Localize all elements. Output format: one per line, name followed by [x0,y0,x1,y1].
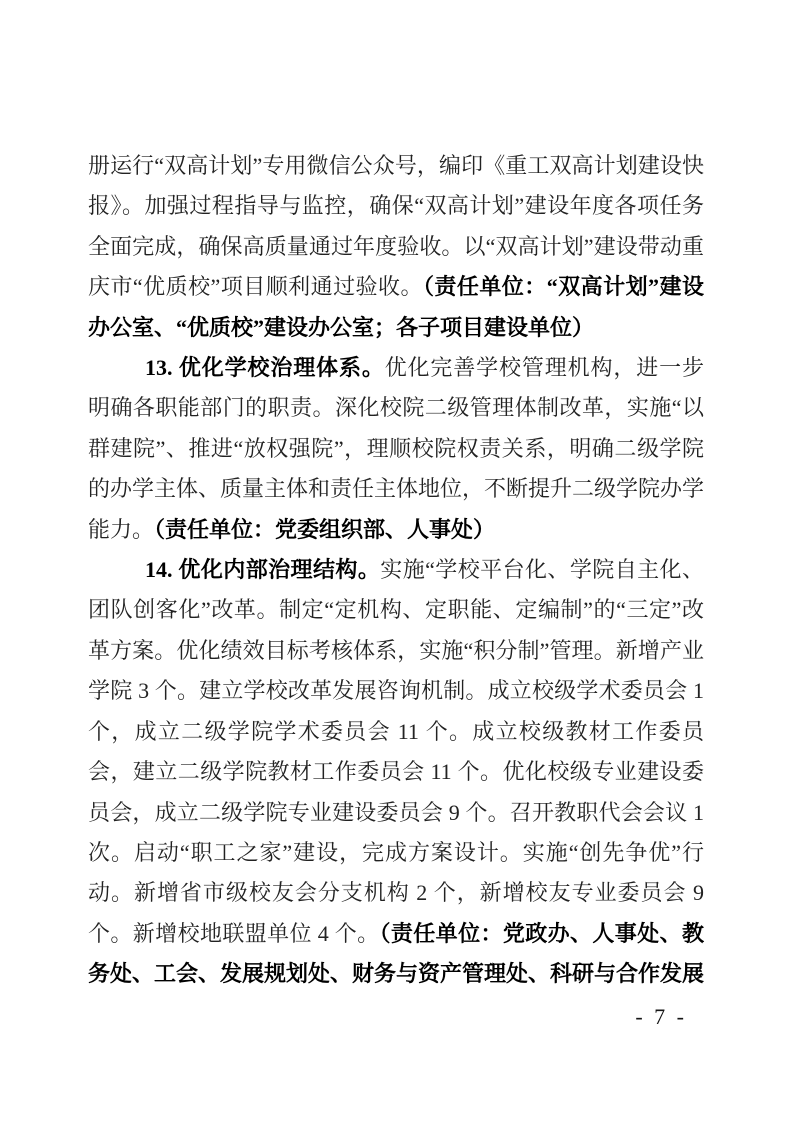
paragraph-body-text: 实施“学校平台化、学院自主化、团队创客化”改革。制定“定机构、定职能、定编制”的… [88,557,704,946]
document-page: 册运行“双高计划”专用微信公众号，编印《重工双高计划建设快报》。加强过程指导与监… [0,0,793,1122]
responsible-unit-text: （责任单位：党委组织部、人事处） [154,517,495,542]
paragraph-14: 14. 优化内部治理结构。实施“学校平台化、学院自主化、团队创客化”改革。制定“… [88,550,704,994]
paragraph-12-continuation: 册运行“双高计划”专用微信公众号，编印《重工双高计划建设快报》。加强过程指导与监… [88,146,704,348]
paragraph-13: 13. 优化学校治理体系。优化完善学校管理机构，进一步明确各职能部门的职责。深化… [88,348,704,550]
page-number: - 7 - [635,1003,687,1031]
item-14-heading: 14. 优化内部治理结构。 [145,557,380,582]
document-body: 册运行“双高计划”专用微信公众号，编印《重工双高计划建设快报》。加强过程指导与监… [88,146,704,995]
paragraph-body-text: 优化完善学校管理机构，进一步明确各职能部门的职责。深化校院二级管理体制改革，实施… [88,355,704,542]
item-13-heading: 13. 优化学校治理体系。 [145,355,385,380]
